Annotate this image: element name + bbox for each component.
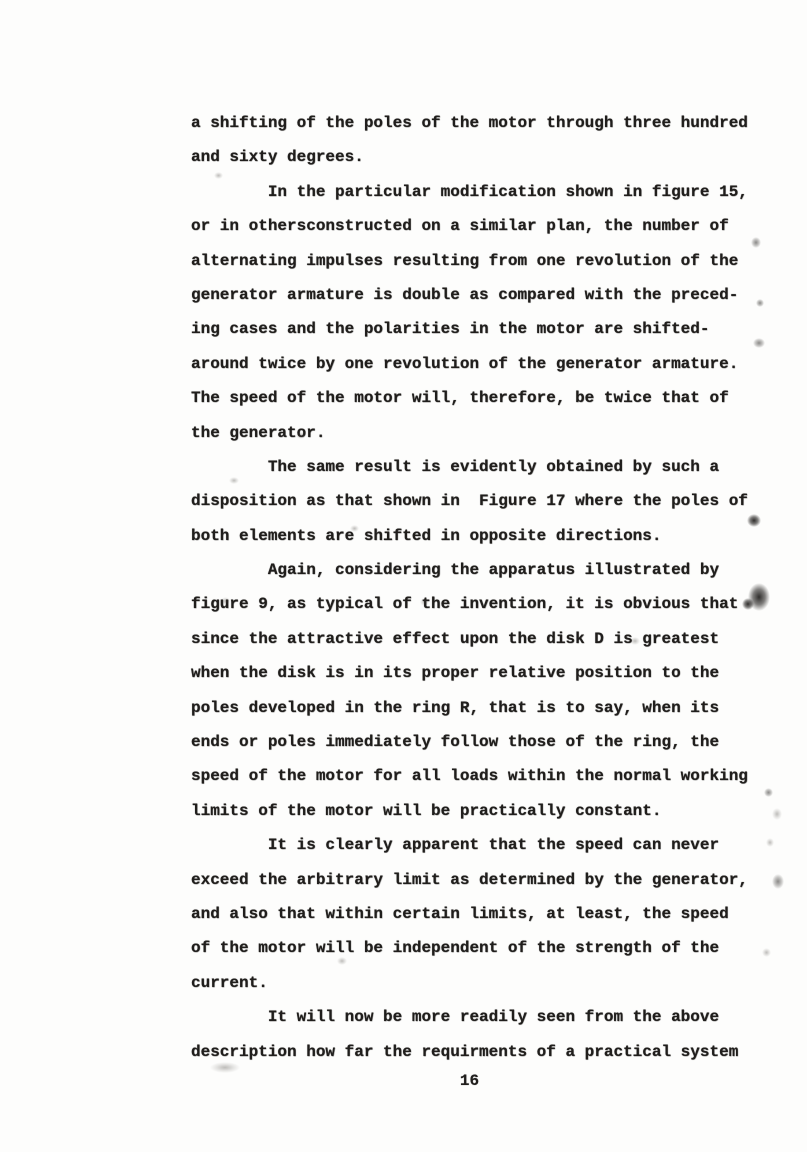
text-line: a shifting of the poles of the motor thr… xyxy=(191,106,771,140)
text-line: In the particular modification shown in … xyxy=(191,175,771,209)
paragraph: a shifting of the poles of the motor thr… xyxy=(191,106,771,175)
text-line: and sixty degrees. xyxy=(191,140,771,174)
text-line: ends or poles immediately follow those o… xyxy=(191,725,771,759)
text-line: poles developed in the ring R, that is t… xyxy=(191,691,771,725)
text-line: both elements are shifted in opposite di… xyxy=(191,519,771,553)
text-line: since the attractive effect upon the dis… xyxy=(191,622,771,656)
text-line: description how far the requirments of a… xyxy=(191,1035,771,1069)
page-number: 16 xyxy=(191,1072,748,1090)
text-line: figure 9, as typical of the invention, i… xyxy=(191,587,771,621)
text-line: Again, considering the apparatus illustr… xyxy=(191,553,771,587)
ink-smudge xyxy=(772,808,782,820)
text-line: The speed of the motor will, therefore, … xyxy=(191,381,771,415)
text-line: current. xyxy=(191,966,771,1000)
paragraph: It is clearly apparent that the speed ca… xyxy=(191,828,771,1000)
paragraph: Again, considering the apparatus illustr… xyxy=(191,553,771,828)
text-line: of the motor will be independent of the … xyxy=(191,931,771,965)
text-line: speed of the motor for all loads within … xyxy=(191,759,771,793)
text-line: around twice by one revolution of the ge… xyxy=(191,347,771,381)
document-body: a shifting of the poles of the motor thr… xyxy=(191,106,771,1069)
text-line: ing cases and the polarities in the moto… xyxy=(191,312,771,346)
document-page: a shifting of the poles of the motor thr… xyxy=(0,0,807,1152)
text-line: generator armature is double as compared… xyxy=(191,278,771,312)
paragraph: In the particular modification shown in … xyxy=(191,175,771,450)
text-line: and also that within certain limits, at … xyxy=(191,897,771,931)
paragraph: It will now be more readily seen from th… xyxy=(191,1000,771,1069)
text-line: It will now be more readily seen from th… xyxy=(191,1000,771,1034)
text-line: when the disk is in its proper relative … xyxy=(191,656,771,690)
text-line: alternating impulses resulting from one … xyxy=(191,244,771,278)
paragraph: The same result is evidently obtained by… xyxy=(191,450,771,553)
text-line: or in othersconstructed on a similar pla… xyxy=(191,209,771,243)
text-line: disposition as that shown in Figure 17 w… xyxy=(191,484,771,518)
text-line: limits of the motor will be practically … xyxy=(191,794,771,828)
text-line: It is clearly apparent that the speed ca… xyxy=(191,828,771,862)
text-line: the generator. xyxy=(191,416,771,450)
text-line: The same result is evidently obtained by… xyxy=(191,450,771,484)
ink-smudge xyxy=(772,874,784,889)
text-line: exceed the arbitrary limit as determined… xyxy=(191,863,771,897)
